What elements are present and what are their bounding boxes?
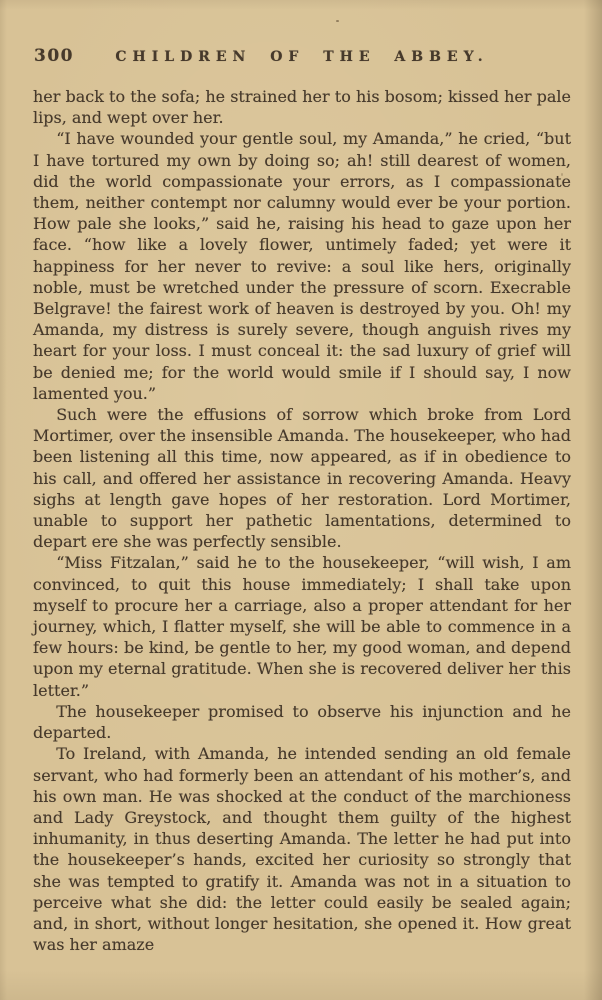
book-page-scan: 300 CHILDREN OF THE ABBEY. her back to t…: [0, 0, 602, 1000]
paragraph: “I have wounded your gentle soul, my Ama…: [33, 128, 571, 404]
page-body: her back to the sofa; he strained her to…: [33, 86, 571, 955]
paragraph-continuation: her back to the sofa; he strained her to…: [33, 86, 571, 128]
paper-speck: [561, 173, 563, 176]
paragraph: “Miss Fitzalan,” said he to the housekee…: [33, 552, 571, 700]
running-title: CHILDREN OF THE ABBEY.: [106, 49, 570, 65]
paragraph: To Ireland, with Amanda, he intended sen…: [33, 743, 571, 955]
page-number: 300: [34, 46, 106, 66]
page-header: 300 CHILDREN OF THE ABBEY.: [34, 46, 570, 66]
paragraph: The housekeeper promised to observe his …: [33, 701, 571, 743]
paragraph: Such were the effusions of sorrow which …: [33, 404, 571, 552]
paper-speck: [336, 20, 339, 22]
